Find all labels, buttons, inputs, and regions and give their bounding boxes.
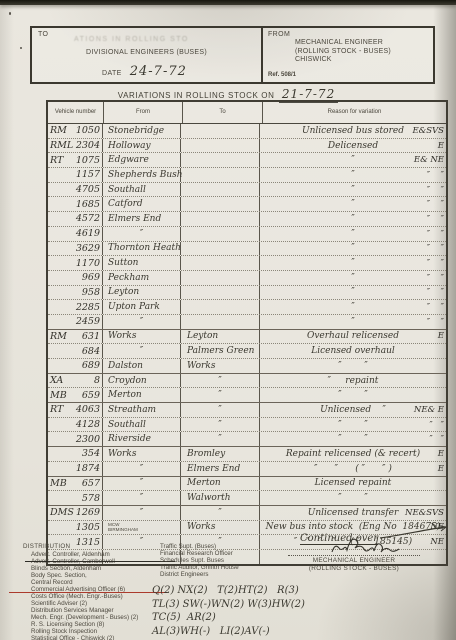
reason-cell: ″ ″ ″ bbox=[260, 271, 446, 285]
from-garage-cell: Sutton bbox=[103, 256, 181, 270]
distribution-item: Blinds Section, Aldenham bbox=[31, 565, 181, 572]
to-garage-cell bbox=[181, 168, 260, 182]
to-recipient: DIVISIONAL ENGINEERS (BUSES) bbox=[32, 49, 261, 56]
scan-edge-band bbox=[0, 0, 456, 5]
table-row: RM 1050 Stonebridge Unlicensed bus store… bbox=[48, 124, 446, 138]
reason-text: ″ bbox=[351, 287, 354, 297]
from-address: MECHANICAL ENGINEER (ROLLING STOCK - BUS… bbox=[295, 39, 391, 65]
to-garage-cell: ″ bbox=[181, 418, 260, 432]
garage-allocation-codes: Q(2) NX(2) T(2)HT(2) R(3)TL(3) SW(-)WN(2… bbox=[152, 584, 305, 638]
reason-text: Unlicensed bus stored bbox=[302, 126, 404, 136]
vehicle-number-cell: XA 8 bbox=[48, 374, 103, 388]
distribution-item: Body Spec. Section, bbox=[31, 572, 181, 579]
from-garage-cell: Upton Park bbox=[103, 300, 181, 314]
vehicle-number-cell: 684 bbox=[48, 344, 103, 358]
vehicle-number: 684 bbox=[82, 346, 100, 357]
vehicle-number-cell: 4705 bbox=[48, 183, 103, 197]
distribution-item: Traffic Supt. (Buses) bbox=[160, 543, 239, 550]
table-row: 4572 Elmers End ″ ″ ″ bbox=[48, 211, 446, 226]
notification-code: E&SVS bbox=[412, 126, 444, 136]
vehicle-number: 4128 bbox=[76, 419, 100, 430]
reason-cell: Unlicensed transfer NE&SVS bbox=[260, 506, 446, 520]
allocation-line: TC(5) AR(2) bbox=[152, 611, 305, 625]
date-handwritten: 24-7-72 bbox=[130, 64, 187, 79]
notification-code: ″ ″ bbox=[427, 214, 444, 224]
scan-speck bbox=[20, 47, 22, 49]
vehicle-number: 4063 bbox=[76, 404, 100, 415]
from-garage-cell: Merton bbox=[103, 388, 181, 402]
to-garage-cell: ″ bbox=[181, 374, 260, 388]
table-row: 1685 Catford ″ ″ ″ bbox=[48, 196, 446, 211]
from-garage-cell: ″ bbox=[103, 462, 181, 476]
reason-cell: Overhaul relicensed E bbox=[260, 330, 446, 344]
to-garage-cell bbox=[181, 183, 260, 197]
reason-cell: ″ ″ bbox=[260, 388, 446, 402]
signatory-title-line2: (ROLLING STOCK - BUSES) bbox=[288, 565, 420, 573]
reason-text: Licensed repaint bbox=[315, 478, 392, 488]
notification-code: ″ ″ bbox=[427, 199, 444, 209]
distribution-item: Advert. Controller, Aldenham bbox=[31, 551, 181, 558]
vehicle-number: 3629 bbox=[76, 243, 100, 254]
reason-cell: ″ ″ ″ ″ bbox=[260, 418, 446, 432]
to-garage-cell: Leyton bbox=[181, 330, 260, 344]
vehicle-number: 1874 bbox=[76, 463, 100, 474]
to-garage-cell: ″ bbox=[181, 403, 260, 417]
vehicle-number-cell: DMS 1269 bbox=[48, 506, 103, 520]
to-garage-cell: Bromley bbox=[181, 447, 260, 461]
reason-cell: ″ ″ ″ bbox=[260, 197, 446, 211]
vehicle-number-cell: 1305 bbox=[48, 521, 103, 535]
table-row: 1157 Shepherds Bush ″ ″ ″ bbox=[48, 167, 446, 182]
distribution-item: Financial Research Officer bbox=[160, 550, 239, 557]
table-row: 958 Leyton ″ ″ ″ bbox=[48, 285, 446, 300]
table-row: RT 1075 Edgware ″ E& NE bbox=[48, 152, 446, 167]
notification-code: ″ ″ bbox=[427, 287, 444, 297]
address-header-box: TO ATIONS IN ROLLING STO DIVISIONAL ENGI… bbox=[30, 26, 435, 84]
vehicle-number-cell: 4619 bbox=[48, 227, 103, 241]
header-reason: Reason for variation bbox=[263, 102, 446, 123]
vehicle-number-cell: RT 4063 bbox=[48, 403, 103, 417]
vehicle-number: 2285 bbox=[76, 302, 100, 313]
notification-code: ″ ″ bbox=[427, 185, 444, 195]
table-row: 689 Dalston Works ″ ″ bbox=[48, 358, 446, 373]
table-row: 4619 ″ ″ ″ ″ bbox=[48, 226, 446, 241]
reason-cell: ″ E& NE bbox=[260, 153, 446, 167]
reason-cell: ″ ″ ″ bbox=[260, 315, 446, 329]
date-label: DATE bbox=[102, 70, 122, 77]
table-row: 2459 ″ ″ ″ ″ bbox=[48, 314, 446, 329]
table-row: 684 ″ Palmers Green Licensed overhaul bbox=[48, 343, 446, 358]
vehicle-number-cell: RM 1050 bbox=[48, 124, 103, 138]
table-row: 2300 Riverside ″ ″ ″ ″ ″ bbox=[48, 431, 446, 446]
vehicle-number: 4705 bbox=[76, 184, 100, 195]
from-garage-cell: Riverside bbox=[103, 432, 181, 446]
from-garage-cell: Thornton Heath bbox=[103, 242, 181, 256]
reason-text: ″ bbox=[351, 273, 354, 283]
vehicle-number-cell: 2459 bbox=[48, 315, 103, 329]
header-vehicle-number: Vehicle number bbox=[48, 102, 104, 123]
to-garage-cell: Works bbox=[181, 359, 260, 373]
to-garage-cell bbox=[181, 212, 260, 226]
reason-text: ″ ″ bbox=[338, 493, 368, 503]
reason-text: Unlicensed ″ bbox=[320, 405, 386, 415]
to-garage-cell bbox=[181, 153, 260, 167]
reason-cell: ″ ″ ″ bbox=[260, 183, 446, 197]
from-garage-cell: Holloway bbox=[103, 139, 181, 153]
footer: DISTRIBUTION Advert. Controller, Aldenha… bbox=[0, 540, 456, 640]
variations-table: Vehicle number From To Reason for variat… bbox=[46, 100, 448, 566]
distribution-item: Advert. Controller, Camberwell bbox=[31, 558, 181, 565]
allocation-line: TL(3) SW(-)WN(2) W(3)HW(2) bbox=[152, 598, 305, 612]
from-garage-cell: Southall bbox=[103, 418, 181, 432]
to-garage-cell: ″ bbox=[181, 432, 260, 446]
vehicle-number: 8 bbox=[94, 375, 100, 386]
reason-cell: ″ ″ bbox=[260, 491, 446, 505]
reason-text: ″ bbox=[351, 214, 354, 224]
to-cell: TO ATIONS IN ROLLING STO DIVISIONAL ENGI… bbox=[32, 28, 263, 82]
signatory-title-line1: MECHANICAL ENGINEER bbox=[288, 557, 420, 565]
reason-cell: ″ ″ ″ bbox=[260, 212, 446, 226]
vehicle-class-prefix: RM bbox=[50, 331, 67, 342]
scan-speck bbox=[9, 12, 11, 15]
reason-text: ″ ″ bbox=[338, 420, 368, 430]
reason-text: Licensed overhaul bbox=[311, 346, 395, 356]
from-garage-cell: Streatham bbox=[103, 403, 181, 417]
vehicle-class-prefix: DMS bbox=[50, 507, 74, 518]
vehicle-number: 354 bbox=[82, 448, 100, 459]
table-row: XA 8 Croydon ″ ″ repaint bbox=[48, 373, 446, 388]
vehicle-number-cell: 969 bbox=[48, 271, 103, 285]
vehicle-number: 1157 bbox=[76, 169, 100, 180]
reason-text: ″ repaint bbox=[328, 376, 379, 386]
reason-text: Repaint relicensed (& recert) bbox=[286, 449, 420, 459]
vehicle-number-cell: MB 659 bbox=[48, 388, 103, 402]
vehicle-number-cell: 4128 bbox=[48, 418, 103, 432]
from-garage-cell: MCW BIRMINGHAM bbox=[103, 521, 181, 535]
table-row: RM 631 Works Leyton Overhaul relicensed … bbox=[48, 329, 446, 344]
from-garage-cell: Shepherds Bush bbox=[103, 168, 181, 182]
from-garage-cell: ″ bbox=[103, 315, 181, 329]
reason-cell: ″ ″ ″ bbox=[260, 286, 446, 300]
vehicle-number: 659 bbox=[82, 390, 100, 401]
reason-cell: Repaint relicensed (& recert) E bbox=[260, 447, 446, 461]
reason-cell: ″ ″ ( ″ ″ ) E bbox=[260, 462, 446, 476]
vehicle-number: 657 bbox=[82, 478, 100, 489]
reason-cell: ″ ″ ″ bbox=[260, 242, 446, 256]
from-garage-cell: ″ bbox=[103, 491, 181, 505]
from-garage-cell: Dalston bbox=[103, 359, 181, 373]
reason-cell: ″ repaint bbox=[260, 374, 446, 388]
from-garage-cell: Croydon bbox=[103, 374, 181, 388]
vehicle-class-prefix: RT bbox=[50, 404, 63, 415]
vehicle-number: 2304 bbox=[76, 140, 100, 151]
from-line: (ROLLING STOCK - BUSES) bbox=[295, 48, 391, 57]
vehicle-number: 2300 bbox=[76, 434, 100, 445]
vehicle-class-prefix: RML bbox=[50, 140, 73, 151]
from-garage-cell: Southall bbox=[103, 183, 181, 197]
to-garage-cell: Walworth bbox=[181, 491, 260, 505]
reason-cell: ″ ″ ″ bbox=[260, 300, 446, 314]
vehicle-class-prefix: XA bbox=[50, 375, 63, 386]
reason-cell: ″ ″ ″ bbox=[260, 227, 446, 241]
notification-code: NE& E bbox=[414, 405, 444, 415]
vehicle-class-prefix: MB bbox=[50, 478, 67, 489]
table-row: DMS 1269 ″ ″ Unlicensed transfer NE&SVS bbox=[48, 505, 446, 520]
reason-cell: Unlicensed bus stored E&SVS bbox=[260, 124, 446, 138]
to-garage-cell: ″ bbox=[181, 506, 260, 520]
vehicle-number-cell: 1685 bbox=[48, 197, 103, 211]
notification-code: ″ ″ bbox=[427, 229, 444, 239]
to-garage-cell: Merton bbox=[181, 477, 260, 491]
reason-text: ″ bbox=[351, 302, 354, 312]
reason-cell: ″ ″ ″ bbox=[260, 256, 446, 270]
vehicle-number-cell: 354 bbox=[48, 447, 103, 461]
vehicle-number-cell: MB 657 bbox=[48, 477, 103, 491]
to-garage-cell bbox=[181, 271, 260, 285]
reason-cell: Licensed overhaul bbox=[260, 344, 446, 358]
vehicle-number: 578 bbox=[82, 493, 100, 504]
signature-block: MECHANICAL ENGINEER (ROLLING STOCK - BUS… bbox=[288, 540, 420, 572]
from-garage-cell: ″ bbox=[103, 344, 181, 358]
table-row: MB 657 ″ Merton Licensed repaint bbox=[48, 476, 446, 491]
vehicle-number-cell: 1874 bbox=[48, 462, 103, 476]
distribution-item: District Engineers bbox=[160, 571, 239, 578]
header-from: From bbox=[104, 102, 183, 123]
showthrough-ghost-text: ATIONS IN ROLLING STO bbox=[74, 36, 189, 43]
reference-number: Ref. 508/1 bbox=[268, 72, 296, 78]
vehicle-number-cell: RT 1075 bbox=[48, 153, 103, 167]
table-row: 1170 Sutton ″ ″ ″ bbox=[48, 255, 446, 270]
from-garage-cell: Leyton bbox=[103, 286, 181, 300]
reason-text: ″ ″ bbox=[338, 434, 368, 444]
vehicle-class-prefix: RT bbox=[50, 155, 63, 166]
reason-cell: Delicensed E bbox=[260, 139, 446, 153]
reason-text: ″ ″ bbox=[338, 390, 368, 400]
reason-text: ″ bbox=[351, 170, 354, 180]
vehicle-class-prefix: MB bbox=[50, 390, 67, 401]
table-row: RT 4063 Streatham ″ Unlicensed ″ NE& E bbox=[48, 402, 446, 417]
notification-code: ″ ″ bbox=[430, 420, 444, 430]
table-header-row: Vehicle number From To Reason for variat… bbox=[48, 102, 446, 124]
vehicle-number-cell: RM 631 bbox=[48, 330, 103, 344]
vehicle-number: 4572 bbox=[76, 213, 100, 224]
reason-text: Overhaul relicensed bbox=[307, 331, 399, 341]
to-garage-cell bbox=[181, 197, 260, 211]
from-garage-cell: ″ bbox=[103, 477, 181, 491]
from-garage-cell: Works bbox=[103, 447, 181, 461]
to-garage-cell bbox=[181, 286, 260, 300]
notification-code: NE&SVS bbox=[405, 508, 444, 518]
reason-text: ″ bbox=[351, 199, 354, 209]
reason-text: ″ bbox=[351, 243, 354, 253]
reason-text: ″ ″ ( ″ ″ ) bbox=[314, 464, 392, 474]
notification-code: ″ ″ bbox=[427, 170, 444, 180]
signature-scribble bbox=[330, 538, 402, 558]
vehicle-class-prefix: RM bbox=[50, 125, 67, 136]
allocation-line: AL(3)WH(-) LI(2)AV(-) bbox=[152, 625, 305, 639]
reason-text: ″ ″ bbox=[338, 361, 368, 371]
from-garage-cell: ″ bbox=[103, 506, 181, 520]
vehicle-number: 1075 bbox=[76, 155, 100, 166]
notification-code: E bbox=[438, 141, 444, 151]
table-row: 969 Peckham ″ ″ ″ bbox=[48, 270, 446, 285]
distribution-item: Traffic Auditor, Griffith House bbox=[160, 564, 239, 571]
header-to: To bbox=[183, 102, 263, 123]
reason-cell: ″ ″ bbox=[260, 359, 446, 373]
reason-text: Unlicensed transfer bbox=[308, 508, 399, 518]
vehicle-number-cell: 689 bbox=[48, 359, 103, 373]
vehicle-number: 631 bbox=[82, 331, 100, 342]
to-garage-cell bbox=[181, 227, 260, 241]
to-garage-cell bbox=[181, 256, 260, 270]
to-label: TO bbox=[38, 31, 48, 38]
vehicle-number-cell: 1157 bbox=[48, 168, 103, 182]
reason-text: ″ bbox=[351, 317, 354, 327]
from-garage-cell: Works bbox=[103, 330, 181, 344]
notification-code: E bbox=[438, 449, 444, 459]
vehicle-number-cell: 2300 bbox=[48, 432, 103, 446]
vehicle-number: 1269 bbox=[76, 507, 100, 518]
table-row: 578 ″ Walworth ″ ″ bbox=[48, 490, 446, 505]
distribution-middle-list: Traffic Supt. (Buses)Financial Research … bbox=[160, 543, 239, 578]
notification-code: ″ ″ bbox=[427, 243, 444, 253]
form-title-text: VARIATIONS IN ROLLING STOCK ON bbox=[118, 91, 275, 100]
vehicle-number: 1170 bbox=[76, 258, 100, 269]
table-row: 4128 Southall ″ ″ ″ ″ ″ bbox=[48, 417, 446, 432]
vehicle-number: 1050 bbox=[76, 125, 100, 136]
scanned-variations-form: TO ATIONS IN ROLLING STO DIVISIONAL ENGI… bbox=[0, 0, 456, 640]
reason-cell: Licensed repaint bbox=[260, 477, 446, 491]
date-row: DATE 24-7-72 bbox=[102, 64, 187, 79]
from-label: FROM bbox=[268, 31, 290, 38]
notification-code: ″ ″ bbox=[427, 258, 444, 268]
distribution-item: Schedules Supt. Buses bbox=[160, 557, 239, 564]
from-line: CHISWICK bbox=[295, 56, 391, 65]
vehicle-number-cell: 4572 bbox=[48, 212, 103, 226]
from-garage-cell: ″ bbox=[103, 227, 181, 241]
vehicle-number-cell: RML 2304 bbox=[48, 139, 103, 153]
table-row: 4705 Southall ″ ″ ″ bbox=[48, 182, 446, 197]
vehicle-number-cell: 578 bbox=[48, 491, 103, 505]
notification-code: E& NE bbox=[414, 155, 444, 165]
notification-code: ″ ″ bbox=[427, 317, 444, 327]
to-garage-cell bbox=[181, 315, 260, 329]
vehicle-number: 2459 bbox=[76, 316, 100, 327]
vehicle-number: 1685 bbox=[76, 199, 100, 210]
table-body: RM 1050 Stonebridge Unlicensed bus store… bbox=[48, 124, 446, 564]
to-garage-cell: Palmers Green bbox=[181, 344, 260, 358]
to-garage-cell: Works bbox=[181, 521, 260, 535]
reason-cell: ″ ″ ″ ″ bbox=[260, 432, 446, 446]
reason-text: ″ bbox=[351, 258, 354, 268]
table-row: MB 659 Merton ″ ″ ″ bbox=[48, 387, 446, 402]
reason-cell: ″ ″ ″ bbox=[260, 168, 446, 182]
notification-code: ″ ″ bbox=[430, 434, 444, 444]
vehicle-number-cell: 1170 bbox=[48, 256, 103, 270]
from-garage-cell: Stonebridge bbox=[103, 124, 181, 138]
to-garage-cell bbox=[181, 124, 260, 138]
from-garage-cell: Edgware bbox=[103, 153, 181, 167]
notification-code: ″ ″ bbox=[427, 273, 444, 283]
notification-code: E bbox=[438, 331, 444, 341]
from-garage-cell: Catford bbox=[103, 197, 181, 211]
table-row: 3629 Thornton Heath ″ ″ ″ bbox=[48, 241, 446, 256]
to-garage-cell bbox=[181, 300, 260, 314]
reason-text: ″ bbox=[351, 185, 354, 195]
table-row: RML 2304 Holloway Delicensed E bbox=[48, 138, 446, 153]
table-row: 354 Works Bromley Repaint relicensed (& … bbox=[48, 446, 446, 461]
notification-code: ″ ″ bbox=[427, 302, 444, 312]
vehicle-number-cell: 3629 bbox=[48, 242, 103, 256]
vehicle-number: 1305 bbox=[76, 522, 100, 533]
table-row: 1874 ″ Elmers End ″ ″ ( ″ ″ ) E bbox=[48, 461, 446, 476]
table-row: 2285 Upton Park ″ ″ ″ bbox=[48, 299, 446, 314]
vehicle-number: 958 bbox=[82, 287, 100, 298]
vehicle-number-cell: 2285 bbox=[48, 300, 103, 314]
to-garage-cell: Elmers End bbox=[181, 462, 260, 476]
vehicle-number: 4619 bbox=[76, 228, 100, 239]
vehicle-number: 969 bbox=[82, 272, 100, 283]
reason-cell: Unlicensed ″ NE& E bbox=[260, 403, 446, 417]
reason-text: Delicensed bbox=[328, 141, 378, 151]
to-garage-cell bbox=[181, 139, 260, 153]
notification-code: E bbox=[438, 464, 444, 474]
vehicle-number-cell: 958 bbox=[48, 286, 103, 300]
to-garage-cell bbox=[181, 242, 260, 256]
from-cell: FROM MECHANICAL ENGINEER (ROLLING STOCK … bbox=[263, 28, 433, 82]
distribution-heading: DISTRIBUTION bbox=[23, 543, 70, 550]
from-line: MECHANICAL ENGINEER bbox=[295, 39, 391, 48]
from-garage-cell: Peckham bbox=[103, 271, 181, 285]
vehicle-number: 689 bbox=[82, 360, 100, 371]
reason-text: ″ bbox=[351, 229, 354, 239]
allocation-line: Q(2) NX(2) T(2)HT(2) R(3) bbox=[152, 584, 305, 598]
from-garage-cell: Elmers End bbox=[103, 212, 181, 226]
to-garage-cell: ″ bbox=[181, 388, 260, 402]
reason-text: ″ bbox=[351, 155, 354, 165]
